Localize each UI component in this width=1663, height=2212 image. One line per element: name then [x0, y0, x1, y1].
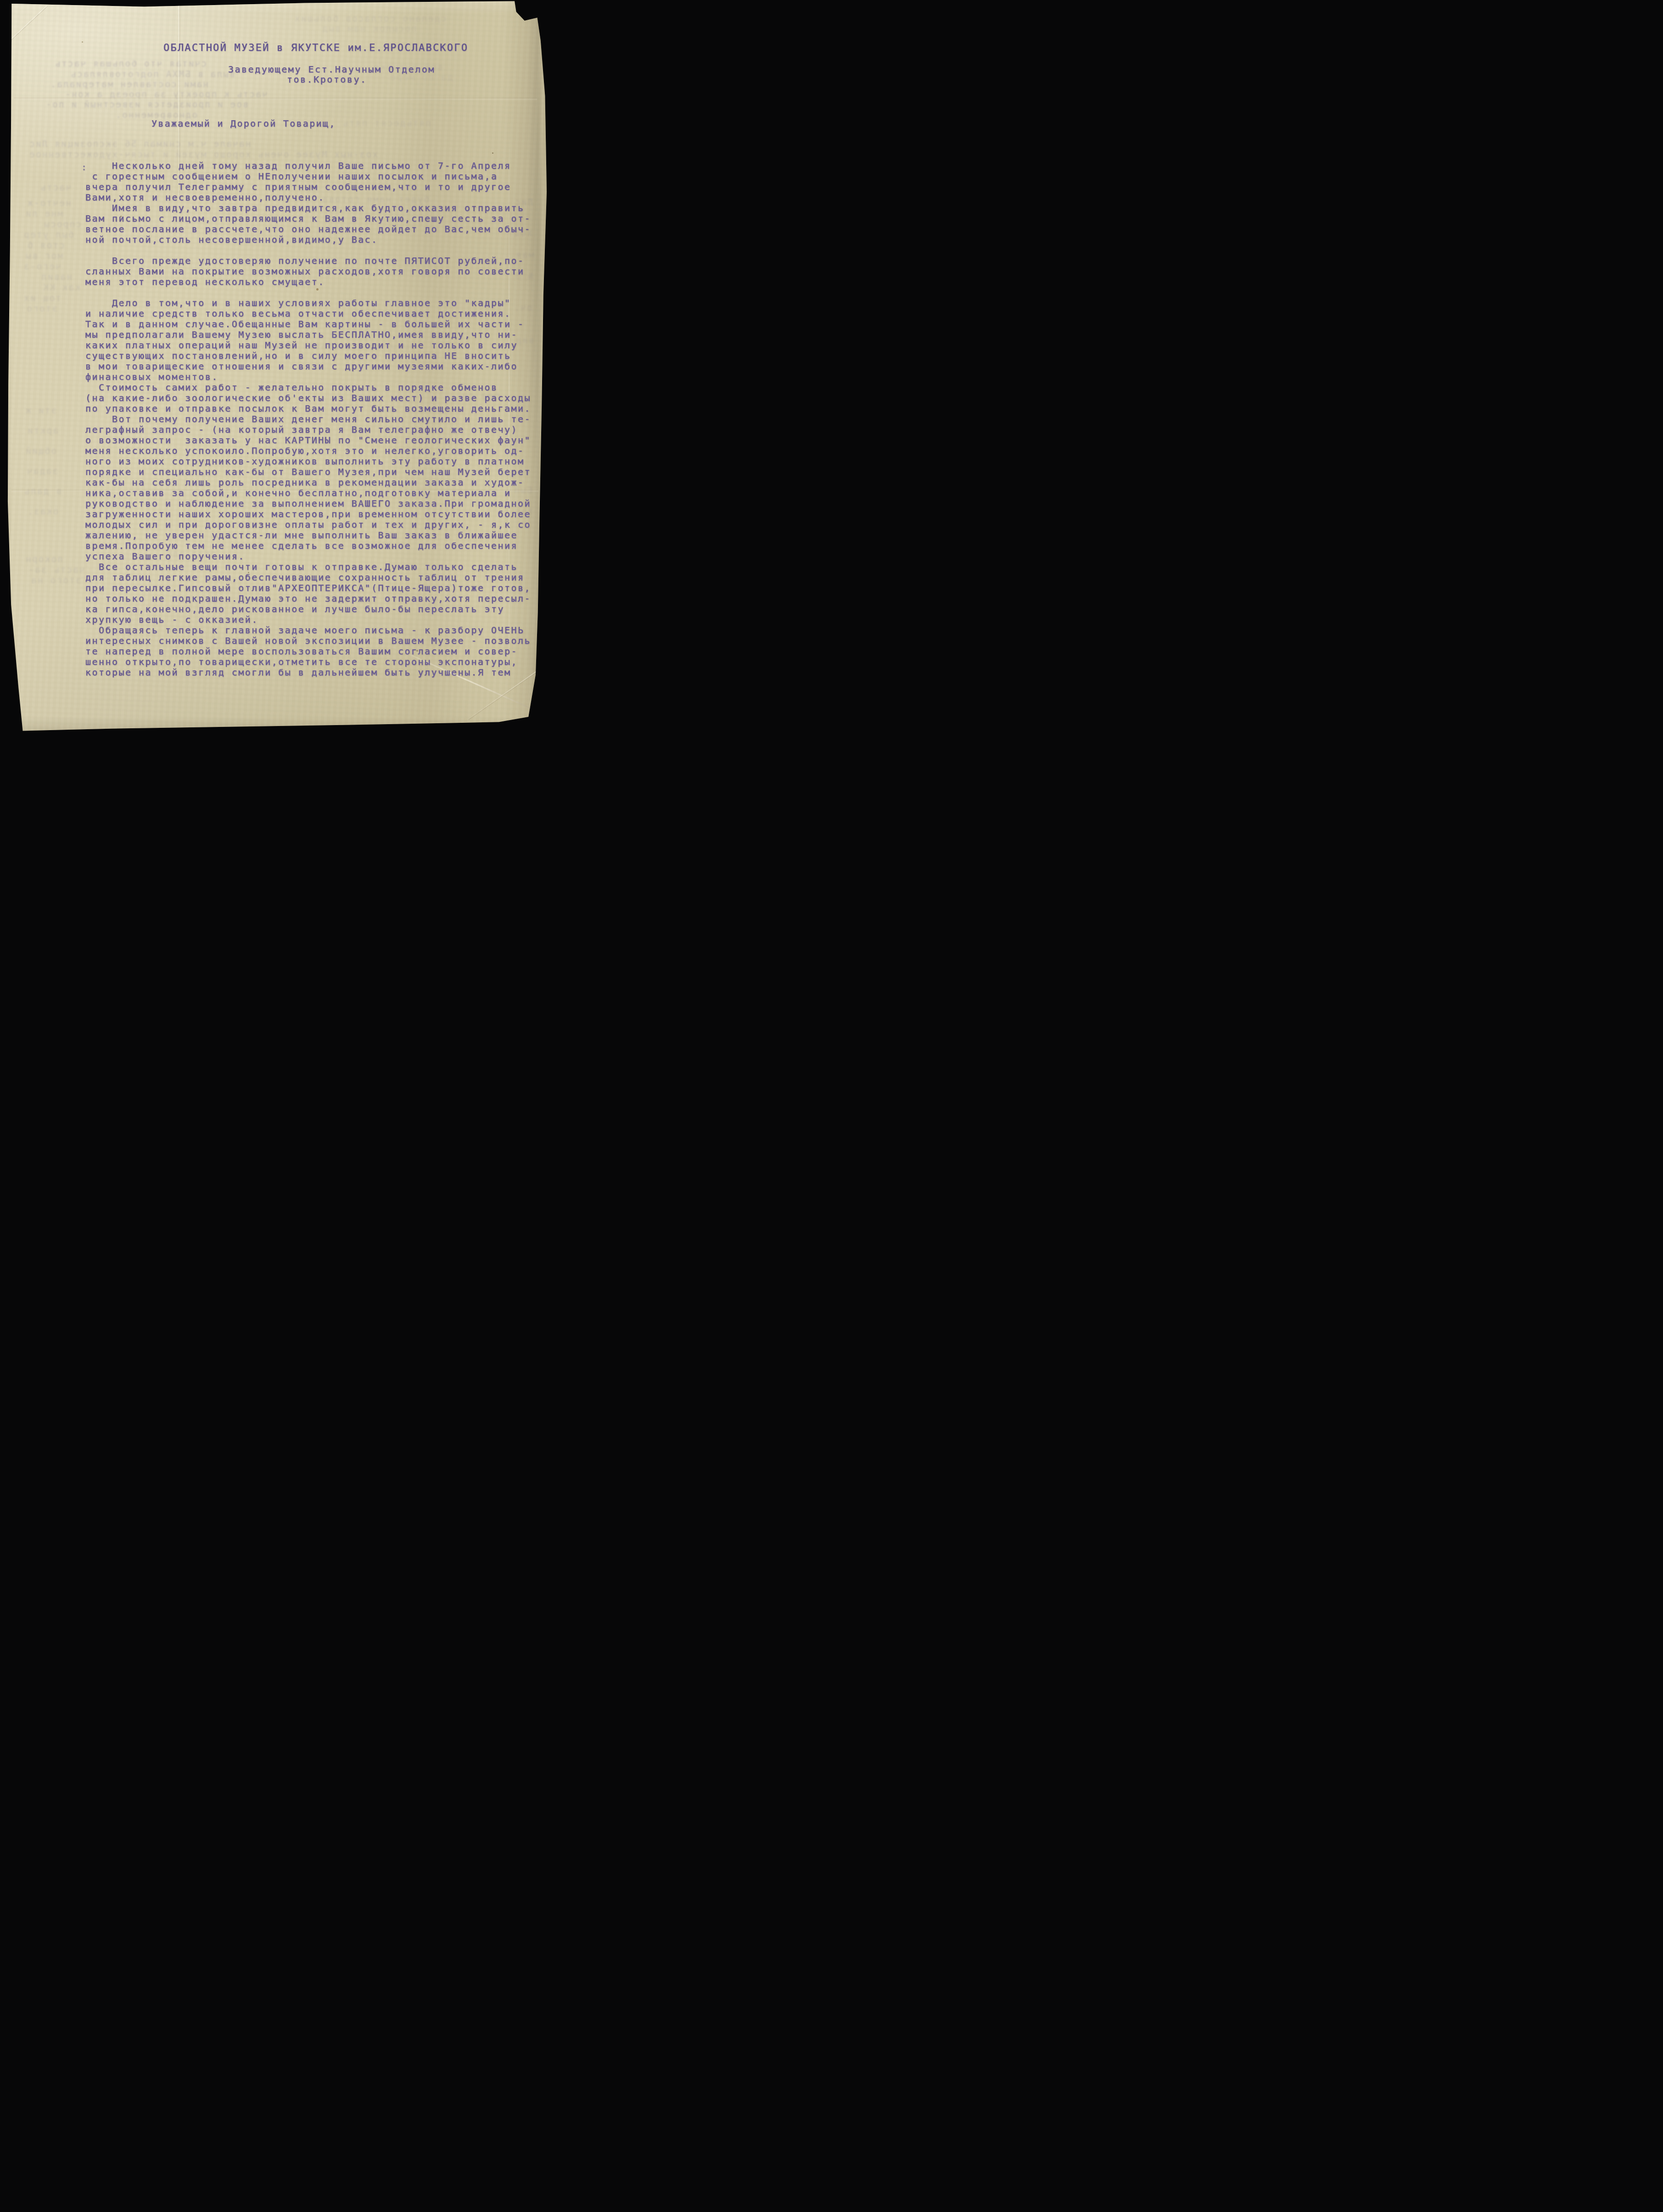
bleedthrough-fragment: часть к проекту за проезд а кон-: [64, 89, 268, 100]
letter-page: сделано согласов большихпосылок нам выдс…: [0, 0, 554, 737]
bleedthrough-fragment: посылок нам выд: [321, 24, 417, 34]
bleedthrough-fragment: часть: [39, 183, 71, 193]
bleedthrough-fragment: тощ их: [23, 293, 61, 303]
bleedthrough-fragment: оказ.: [27, 507, 58, 517]
addressee-line-2: тов.Кротову.: [287, 74, 367, 85]
bleedthrough-fragment: аркти: [27, 426, 58, 436]
bleedthrough-fragment: стоя б: [27, 240, 65, 251]
paper-speck: [82, 41, 83, 43]
scanned-letter-scene: сделано согласов большихпосылок нам выдс…: [0, 0, 554, 737]
bleedthrough-fragment: считая что большая часть: [54, 59, 207, 69]
bleedthrough-fragment: мог вы: [25, 251, 63, 261]
bleedthrough-fragment: часть за-: [28, 565, 85, 575]
bleedthrough-fragment: сделано согласов больших: [294, 14, 446, 24]
bleedthrough-fragment: выла в БМХА подготовлялась: [70, 69, 235, 79]
bleedthrough-fragment: этого: [26, 304, 57, 314]
bleedthrough-fragment: задач: [26, 466, 58, 476]
bleedthrough-fragment: нами составлен материала.: [50, 79, 208, 89]
addressee-line-1: Заведующему Ест.Научным Отделом: [228, 64, 435, 75]
bleedthrough-fragment: покорн: [25, 554, 63, 564]
salutation: Уважаемый и Дорогой Товарищ,: [151, 118, 336, 129]
bleedthrough-fragment: навил: [40, 272, 72, 282]
bleedthrough-fragment: был утер: [23, 230, 74, 240]
bleedthrough-fragment: нечто-ж: [27, 198, 71, 208]
bleedthrough-fragment: спросы: [43, 219, 81, 229]
bleedthrough-fragment: этого на: [30, 575, 81, 586]
top-left-corner-crease: [7, 6, 47, 43]
paper-speck: [492, 152, 493, 154]
letter-body-text: Несколько дней тому назад получил Ваше п…: [85, 161, 531, 678]
horizontal-fold-upper: [14, 97, 537, 100]
bleedthrough-fragment: мне ли: [25, 209, 63, 219]
bleedthrough-fragment: начале ч.м снимал 56 экспозиция Лис: [28, 139, 251, 149]
bleedthrough-fragment: вое и произдется известный и по-: [45, 100, 248, 110]
bleedthrough-fragment: в даль: [23, 486, 62, 497]
bleedthrough-fragment: как КК: [42, 283, 80, 293]
bleedthrough-fragment: пятьдесят пять: [342, 118, 431, 128]
museum-title: ОБЛАСТНОЙ МУЗЕЙ в ЯКУТСКЕ им.Е.ЯРОСЛАВСК…: [163, 42, 468, 54]
bleedthrough-fragment: хоз-ных Музее очень хорошо музей и тысяч…: [28, 150, 378, 160]
bleedthrough-fragment: чего-з: [23, 262, 61, 272]
bleedthrough-fragment: общий: [25, 446, 56, 456]
bleedthrough-fragment: эти ж: [25, 406, 56, 416]
